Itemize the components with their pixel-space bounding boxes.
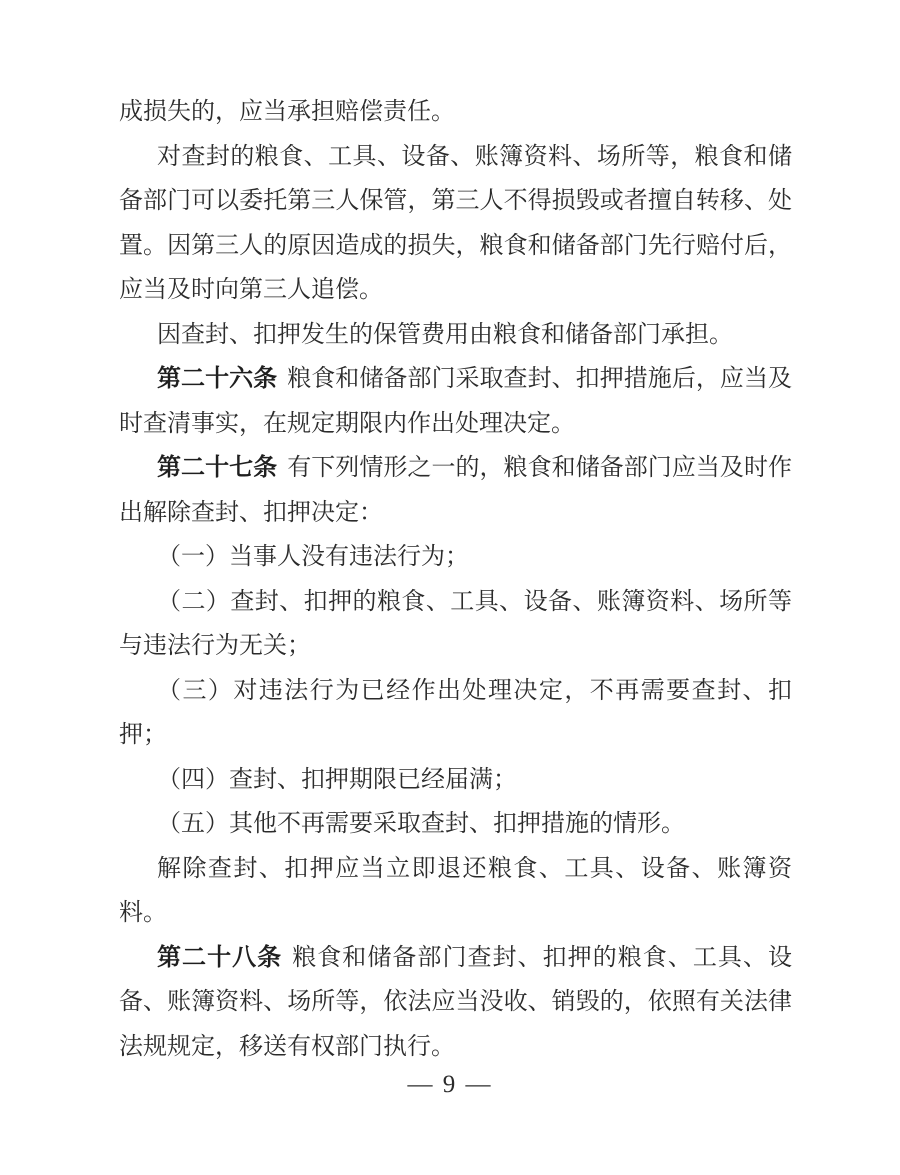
article-number: 第二十六条: [157, 366, 277, 392]
paragraph: 对查封的粮食、工具、设备、账簿资料、场所等，粮食和储备部门可以委托第三人保管，第…: [119, 135, 792, 313]
article-number: 第二十八条: [157, 945, 282, 971]
paragraph-text: （四）查封、扣押期限已经届满；: [157, 767, 517, 793]
paragraph-article-26: 第二十六条粮食和储备部门采取查封、扣押措施后，应当及时查清事实，在规定期限内作出…: [119, 357, 792, 446]
paragraph-text: （一）当事人没有违法行为；: [157, 544, 469, 570]
document-body: 成损失的，应当承担赔偿责任。 对查封的粮食、工具、设备、账簿资料、场所等，粮食和…: [119, 90, 792, 1069]
paragraph: 解除查封、扣押应当立即退还粮食、工具、设备、账簿资料。: [119, 847, 792, 936]
document-page: 成损失的，应当承担赔偿责任。 对查封的粮食、工具、设备、账簿资料、场所等，粮食和…: [0, 0, 900, 1175]
paragraph-list-item-2: （二）查封、扣押的粮食、工具、设备、账簿资料、场所等与违法行为无关；: [119, 580, 792, 669]
paragraph-text: 因查封、扣押发生的保管费用由粮食和储备部门承担。: [157, 322, 733, 348]
paragraph-list-item-1: （一）当事人没有违法行为；: [119, 535, 792, 580]
paragraph-text: 对查封的粮食、工具、设备、账簿资料、场所等，粮食和储备部门可以委托第三人保管，第…: [119, 144, 792, 304]
paragraph-text: 成损失的，应当承担赔偿责任。: [119, 99, 455, 125]
paragraph-list-item-4: （四）查封、扣押期限已经届满；: [119, 758, 792, 803]
page-number-label: — 9 —: [0, 1066, 900, 1104]
paragraph-list-item-3: （三）对违法行为已经作出处理决定，不再需要查封、扣押；: [119, 669, 792, 758]
paragraph-article-27: 第二十七条有下列情形之一的，粮食和储备部门应当及时作出解除查封、扣押决定：: [119, 446, 792, 535]
article-number: 第二十七条: [157, 455, 277, 481]
paragraph-text: 解除查封、扣押应当立即退还粮食、工具、设备、账簿资料。: [119, 856, 792, 927]
paragraph-text: （二）查封、扣押的粮食、工具、设备、账簿资料、场所等与违法行为无关；: [119, 589, 792, 660]
paragraph: 因查封、扣押发生的保管费用由粮食和储备部门承担。: [119, 313, 792, 358]
paragraph: 成损失的，应当承担赔偿责任。: [119, 90, 792, 135]
paragraph-list-item-5: （五）其他不再需要采取查封、扣押措施的情形。: [119, 802, 792, 847]
paragraph-text: （三）对违法行为已经作出处理决定，不再需要查封、扣押；: [119, 678, 792, 749]
paragraph-article-28: 第二十八条粮食和储备部门查封、扣押的粮食、工具、设备、账簿资料、场所等，依法应当…: [119, 936, 792, 1070]
paragraph-text: （五）其他不再需要采取查封、扣押措施的情形。: [157, 811, 685, 837]
